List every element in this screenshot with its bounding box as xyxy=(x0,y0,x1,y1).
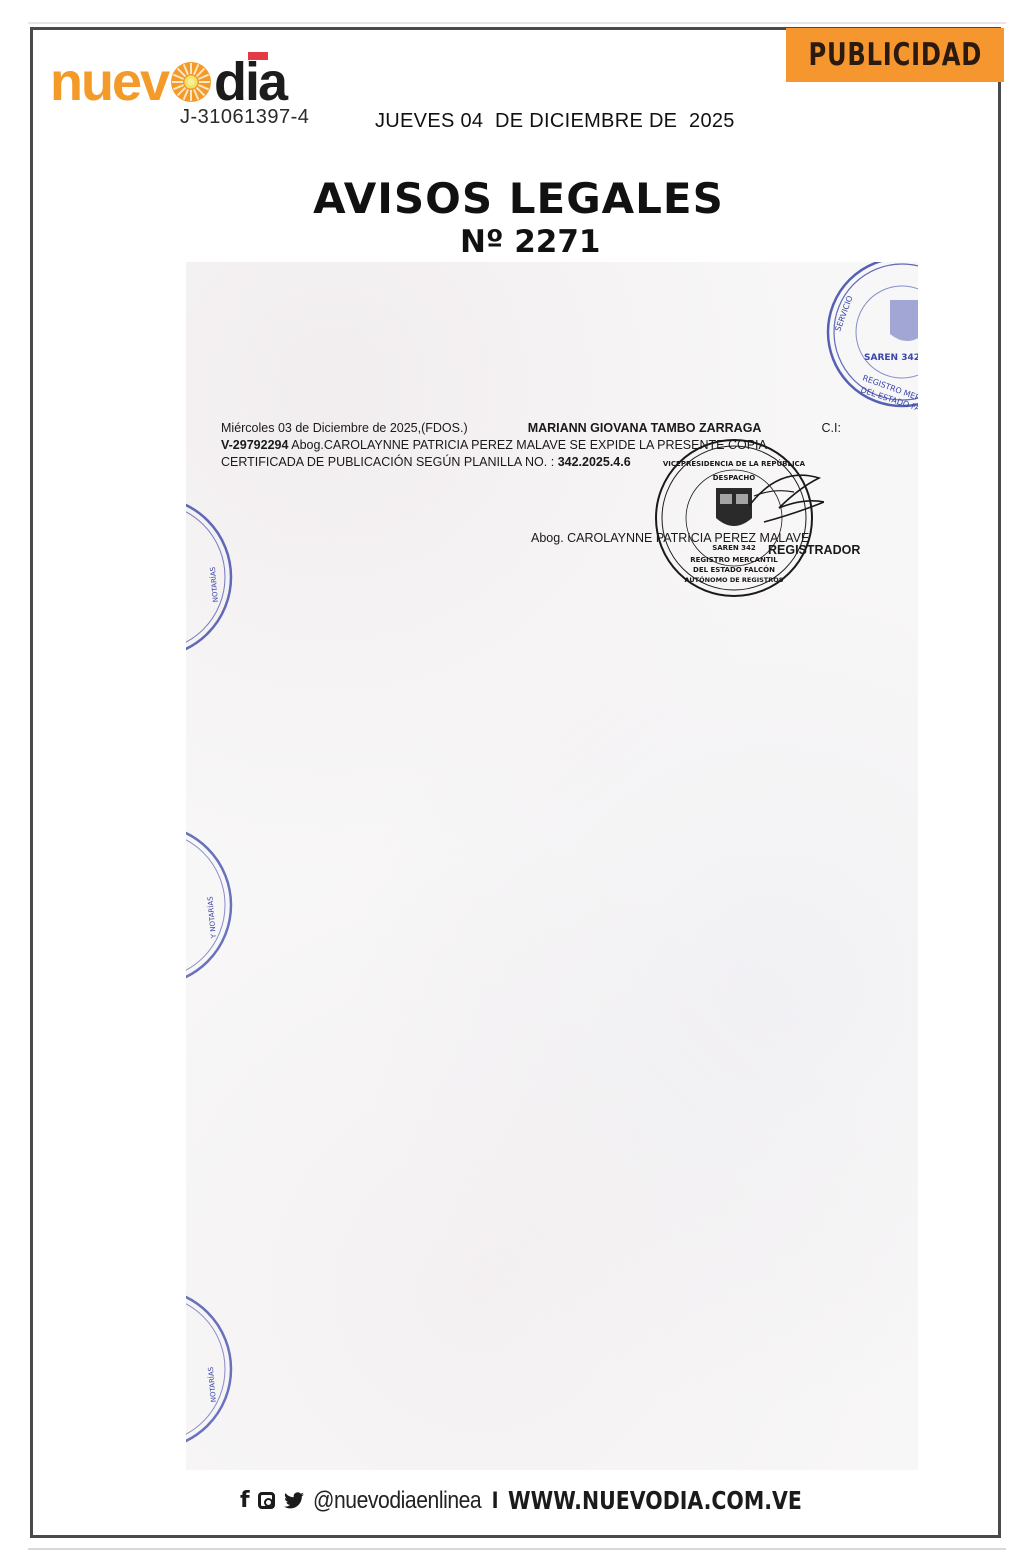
signer-name: MARIANN GIOVANA TAMBO ZARRAGA xyxy=(528,420,762,437)
instagram-icon[interactable] xyxy=(258,1492,275,1509)
partial-stamp-icon: NOTARÍAS xyxy=(186,1284,236,1454)
newspaper-logo: nuev xyxy=(50,46,286,106)
scanned-document: SAREN 342 SERVICIO REGISTRO MERCANTIL DE… xyxy=(186,262,918,1470)
section-badge-label: PUBLICIDAD xyxy=(808,37,982,73)
page-title: AVISOS LEGALES xyxy=(0,174,1027,223)
facebook-icon[interactable]: f xyxy=(240,1490,250,1512)
social-handle[interactable]: @nuevodiaenlinea xyxy=(313,1487,481,1515)
svg-text:SAREN 342: SAREN 342 xyxy=(712,544,756,552)
section-badge: PUBLICIDAD xyxy=(786,28,1004,82)
official-stamp-icon: SAREN 342 SERVICIO REGISTRO MERCANTIL DE… xyxy=(822,262,918,412)
partial-stamp-icon: Y NOTARÍAS xyxy=(186,820,236,990)
footer-separator: I xyxy=(492,1487,499,1515)
page-footer: f @nuevodiaenlinea I WWW.NUEVODIA.COM.VE xyxy=(240,1486,867,1515)
partial-stamp-icon: NOTARÍAS xyxy=(186,492,236,662)
notice-number: Nº 2271 xyxy=(460,224,601,260)
signer-id: V-29792294 xyxy=(221,438,288,452)
twitter-icon[interactable] xyxy=(283,1492,305,1510)
logo-accent-mark xyxy=(248,52,268,60)
logo-text-nuev: nuev xyxy=(50,58,168,106)
form-number: 342.2025.4.6 xyxy=(558,455,631,469)
svg-text:NOTARÍAS: NOTARÍAS xyxy=(208,566,220,603)
svg-text:NOTARÍAS: NOTARÍAS xyxy=(206,1366,218,1403)
svg-text:SAREN 342: SAREN 342 xyxy=(864,353,918,363)
website-link[interactable]: WWW.NUEVODIA.COM.VE xyxy=(508,1486,802,1515)
tax-id: J-31061397-4 xyxy=(180,106,309,129)
svg-text:DESPACHO: DESPACHO xyxy=(713,474,756,482)
document-line-1: Miércoles 03 de Diciembre de 2025,(FDOS.… xyxy=(221,420,841,437)
svg-text:DEL ESTADO FALCÓN: DEL ESTADO FALCÓN xyxy=(693,565,775,574)
sun-icon xyxy=(170,61,212,103)
svg-text:Y NOTARÍAS: Y NOTARÍAS xyxy=(205,896,218,940)
svg-text:REGISTRO MERCANTIL: REGISTRO MERCANTIL xyxy=(690,556,778,564)
svg-text:AUTÓNOMO DE REGISTROS: AUTÓNOMO DE REGISTROS xyxy=(685,575,784,584)
registry-seal-icon: VICEPRESIDENCIA DE LA REPÚBLICA DESPACHO… xyxy=(654,436,824,601)
publication-date: JUEVES 04 DE DICIEMBRE DE 2025 xyxy=(375,110,735,133)
logo-text-dia: dia xyxy=(214,58,286,106)
svg-text:VICEPRESIDENCIA DE LA REPÚBLIC: VICEPRESIDENCIA DE LA REPÚBLICA xyxy=(663,459,806,468)
